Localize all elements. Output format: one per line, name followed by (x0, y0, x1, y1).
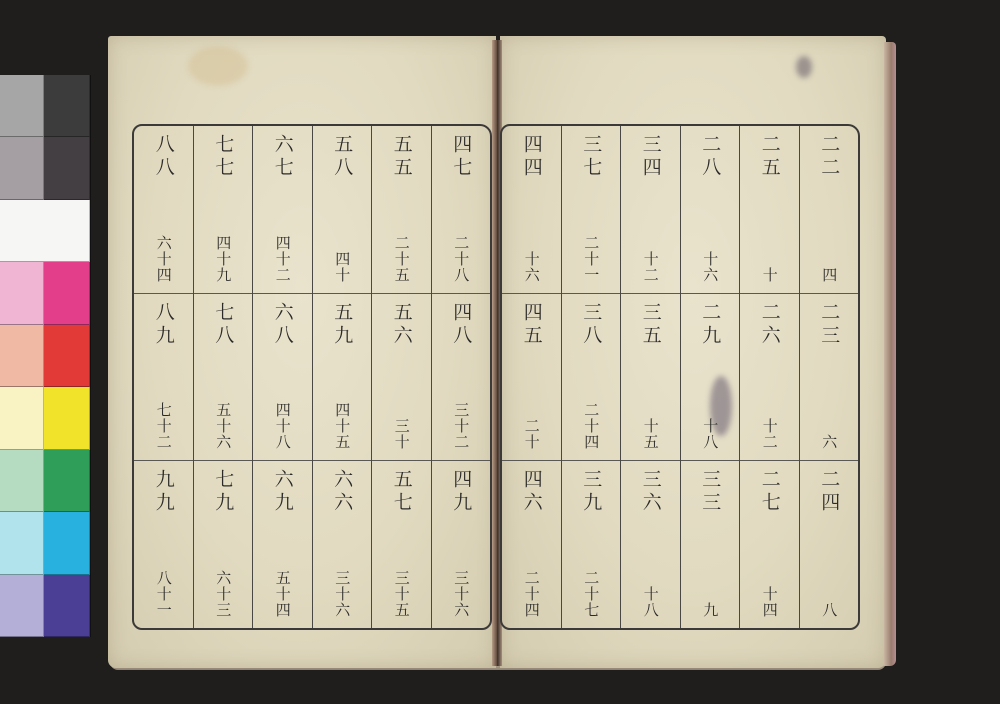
table-column: 二五十 二六十二 二七十四 (739, 126, 799, 628)
book-fore-edge (884, 42, 896, 666)
table-cell: 四七二十八 (432, 126, 491, 294)
product: 四十九 (215, 235, 230, 283)
product: 五十四 (275, 570, 290, 618)
factor-pair: 八九 (154, 302, 173, 348)
factor-pair: 五九 (332, 302, 351, 348)
product: 六 (821, 434, 836, 450)
product: 四 (821, 267, 836, 283)
product: 六十三 (215, 570, 230, 618)
table-cell: 六六三十六 (313, 461, 372, 628)
factor-pair: 六八 (273, 302, 292, 348)
table-cell: 四六二十四 (502, 461, 561, 628)
factor-pair: 四八 (451, 302, 470, 348)
factor-pair: 二四 (819, 469, 838, 515)
factor-pair: 八八 (154, 134, 173, 180)
product: 二十七 (583, 570, 598, 618)
factor-pair: 四五 (522, 302, 541, 348)
product: 三十 (394, 418, 409, 450)
product: 二十八 (453, 235, 468, 283)
swatch-cyan (44, 512, 90, 574)
product: 二十一 (583, 235, 598, 283)
stain (188, 46, 248, 86)
table-cell: 五七三十五 (372, 461, 431, 628)
table-cell: 八八六十四 (134, 126, 193, 294)
table-cell: 三四十二 (621, 126, 680, 294)
product: 三十五 (394, 570, 409, 618)
table-column: 七七四十九 七八五十六 七九六十三 (193, 126, 253, 628)
factor-pair: 九九 (154, 469, 173, 515)
factor-pair: 四六 (522, 469, 541, 515)
table-cell: 六八四十八 (253, 294, 312, 462)
swatch-red (44, 325, 90, 387)
table-cell: 八九七十二 (134, 294, 193, 462)
multiplication-table-left: 四七二十八 四八三十二 四九三十六 五五二十五 五六三十 五七三十五 五八四十 … (132, 124, 492, 630)
table-cell: 二五十 (740, 126, 799, 294)
product: 十六 (524, 251, 539, 283)
product: 十二 (643, 251, 658, 283)
table-cell: 四八三十二 (432, 294, 491, 462)
table-cell: 六九五十四 (253, 461, 312, 628)
factor-pair: 三九 (581, 469, 600, 515)
swatch-pink-light (0, 262, 44, 324)
factor-pair: 三八 (581, 302, 600, 348)
factor-pair: 二五 (760, 134, 779, 180)
table-column: 八八六十四 八九七十二 九九八十一 (134, 126, 193, 628)
table-column: 四四十六 四五二十 四六二十四 (502, 126, 561, 628)
product: 八 (821, 602, 836, 618)
product: 三十六 (453, 570, 468, 618)
table-cell: 二二四 (800, 126, 859, 294)
swatch-gray-dark-1 (44, 75, 90, 137)
factor-pair: 六九 (273, 469, 292, 515)
factor-pair: 六七 (273, 134, 292, 180)
table-cell: 七七四十九 (194, 126, 253, 294)
factor-pair: 七八 (213, 302, 232, 348)
product: 六十四 (156, 235, 171, 283)
product: 二十 (524, 418, 539, 450)
table-cell: 三三九 (681, 461, 740, 628)
color-checker (0, 75, 91, 637)
swatch-cyan-light (0, 512, 44, 574)
factor-pair: 二三 (819, 302, 838, 348)
table-column: 五五二十五 五六三十 五七三十五 (371, 126, 431, 628)
table-cell: 二三六 (800, 294, 859, 462)
swatch-white (0, 200, 90, 262)
table-cell: 九九八十一 (134, 461, 193, 628)
factor-pair: 三六 (641, 469, 660, 515)
table-cell: 二六十二 (740, 294, 799, 462)
product: 五十六 (215, 402, 230, 450)
swatch-gray-light-2 (0, 137, 44, 199)
factor-pair: 五七 (392, 469, 411, 515)
swatch-salmon-light (0, 325, 44, 387)
table-cell: 三五十五 (621, 294, 680, 462)
product: 四十八 (275, 402, 290, 450)
table-cell: 七九六十三 (194, 461, 253, 628)
table-cell: 五八四十 (313, 126, 372, 294)
open-book: 四七二十八 四八三十二 四九三十六 五五二十五 五六三十 五七三十五 五八四十 … (104, 36, 896, 670)
table-cell: 三六十八 (621, 461, 680, 628)
product: 九 (702, 602, 717, 618)
product: 四十五 (334, 402, 349, 450)
swatch-gray-dark-2 (44, 137, 90, 199)
product: 十 (762, 267, 777, 283)
swatch-green-light (0, 450, 44, 512)
product: 十八 (643, 586, 658, 618)
product: 十二 (762, 418, 777, 450)
table-cell: 五五二十五 (372, 126, 431, 294)
table-cell: 四九三十六 (432, 461, 491, 628)
stain (796, 56, 812, 78)
table-column: 五八四十 五九四十五 六六三十六 (312, 126, 372, 628)
factor-pair: 三五 (641, 302, 660, 348)
swatch-violet-light (0, 575, 44, 637)
table-cell: 二九十八 (681, 294, 740, 462)
factor-pair: 四九 (451, 469, 470, 515)
table-column: 二二四 二三六 二四八 (799, 126, 859, 628)
swatch-yellow-light (0, 387, 44, 449)
factor-pair: 六六 (332, 469, 351, 515)
table-column: 三七二十一 三八二十四 三九二十七 (561, 126, 621, 628)
table-cell: 四四十六 (502, 126, 561, 294)
table-cell: 三九二十七 (562, 461, 621, 628)
table-cell: 四五二十 (502, 294, 561, 462)
product: 十四 (762, 586, 777, 618)
table-cell: 二八十六 (681, 126, 740, 294)
table-cell: 五九四十五 (313, 294, 372, 462)
factor-pair: 二二 (819, 134, 838, 180)
table-cell: 二四八 (800, 461, 859, 628)
product: 十五 (643, 418, 658, 450)
factor-pair: 三七 (581, 134, 600, 180)
table-cell: 二七十四 (740, 461, 799, 628)
product: 十八 (702, 418, 717, 450)
table-cell: 五六三十 (372, 294, 431, 462)
swatch-green (44, 450, 90, 512)
multiplication-table-right: 二二四 二三六 二四八 二五十 二六十二 二七十四 二八十六 二九十八 三三九 … (500, 124, 860, 630)
factor-pair: 四七 (451, 134, 470, 180)
table-cell: 七八五十六 (194, 294, 253, 462)
factor-pair: 七七 (213, 134, 232, 180)
table-cell: 三七二十一 (562, 126, 621, 294)
product: 四十 (334, 251, 349, 283)
factor-pair: 二六 (760, 302, 779, 348)
table-column: 四七二十八 四八三十二 四九三十六 (431, 126, 491, 628)
product: 二十四 (583, 402, 598, 450)
table-cell: 六七四十二 (253, 126, 312, 294)
factor-pair: 二八 (700, 134, 719, 180)
table-column: 六七四十二 六八四十八 六九五十四 (252, 126, 312, 628)
factor-pair: 二九 (700, 302, 719, 348)
product: 十六 (702, 251, 717, 283)
swatch-violet (44, 575, 90, 637)
product: 四十二 (275, 235, 290, 283)
factor-pair: 二七 (760, 469, 779, 515)
product: 三十六 (334, 570, 349, 618)
product: 八十一 (156, 570, 171, 618)
factor-pair: 五六 (392, 302, 411, 348)
product: 七十二 (156, 402, 171, 450)
swatch-gray-light-1 (0, 75, 44, 137)
product: 三十二 (453, 402, 468, 450)
product: 二十四 (524, 570, 539, 618)
factor-pair: 五八 (332, 134, 351, 180)
table-column: 二八十六 二九十八 三三九 (680, 126, 740, 628)
factor-pair: 五五 (392, 134, 411, 180)
product: 二十五 (394, 235, 409, 283)
factor-pair: 七九 (213, 469, 232, 515)
factor-pair: 三三 (700, 469, 719, 515)
table-column: 三四十二 三五十五 三六十八 (620, 126, 680, 628)
swatch-magenta (44, 262, 90, 324)
factor-pair: 四四 (522, 134, 541, 180)
factor-pair: 三四 (641, 134, 660, 180)
table-cell: 三八二十四 (562, 294, 621, 462)
swatch-yellow (44, 387, 90, 449)
